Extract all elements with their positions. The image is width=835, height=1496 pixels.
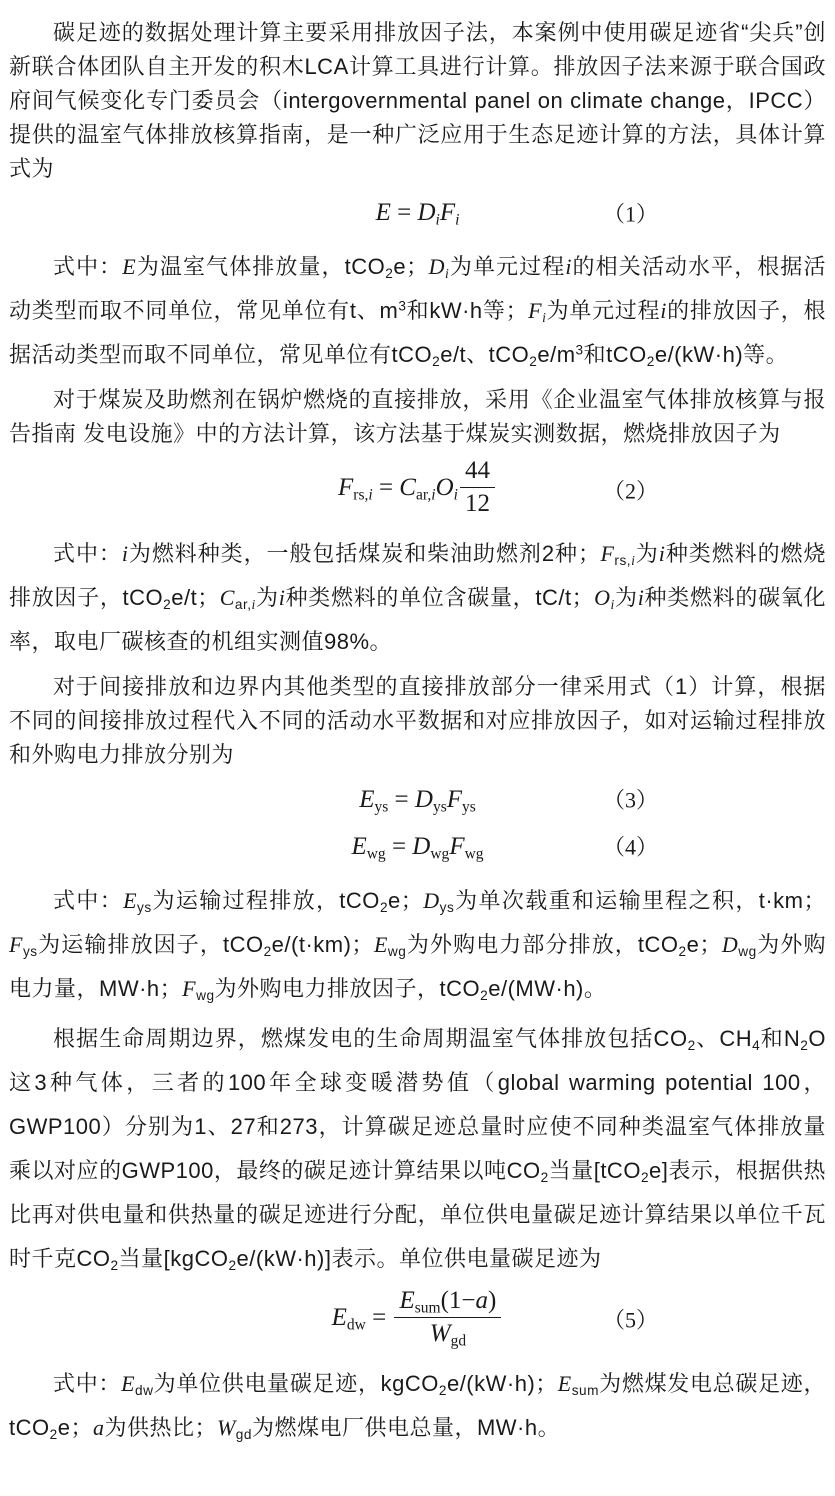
equation-body: E = DiFi <box>376 199 460 227</box>
paragraph-6: 式中：Eys为运输过程排放，tCO2e；Dys为单次载重和运输里程之积，t·km… <box>9 879 826 1011</box>
equation-body: Frs,i = Car,iOi4412 <box>338 459 497 520</box>
document-body: 碳足迹的数据处理计算主要采用排放因子法，本案例中使用碳足迹省“尖兵”创新联合体团… <box>0 0 835 1480</box>
equation-2: Frs,i = Car,iOi4412（2） <box>9 459 826 520</box>
equation-body: Ewg = DwgFwg <box>351 833 483 861</box>
paragraph-7: 根据生命周期边界，燃煤发电的生命周期温室气体排放包括CO2、CH4和N2O这3种… <box>9 1017 826 1281</box>
paragraph-8: 式中：Edw为单位供电量碳足迹，kgCO2e/(kW·h)；Esum为燃煤发电总… <box>9 1362 826 1450</box>
paragraph-3: 对于煤炭及助燃剂在锅炉燃烧的直接排放，采用《企业温室气体排放核算与报告指南 发电… <box>9 383 826 451</box>
equation-number: （4） <box>603 831 658 862</box>
equation-3: Eys = DysFys（3） <box>9 784 826 813</box>
equation-number: （1） <box>603 197 658 228</box>
equation-4: Ewg = DwgFwg（4） <box>9 832 826 861</box>
fraction: Esum(1−a)Wgd <box>394 1287 501 1348</box>
paragraph-2: 式中：E为温室气体排放量，tCO2e；Di为单元过程i的相关活动水平，根据活动类… <box>9 245 826 377</box>
equation-1: E = DiFi（1） <box>9 198 826 227</box>
paragraph-5: 对于间接排放和边界内其他类型的直接排放部分一律采用式（1）计算，根据不同的间接排… <box>9 670 826 772</box>
equation-number: （2） <box>603 474 658 505</box>
equation-body: Eys = DysFys <box>359 786 476 814</box>
equation-body: Edw = Esum(1−a)Wgd <box>332 1289 504 1350</box>
equation-5: Edw = Esum(1−a)Wgd（5） <box>9 1289 826 1350</box>
equation-number: （3） <box>603 783 658 814</box>
equation-number: （5） <box>603 1304 658 1335</box>
fraction: 4412 <box>460 457 495 518</box>
paragraph-1: 碳足迹的数据处理计算主要采用排放因子法，本案例中使用碳足迹省“尖兵”创新联合体团… <box>9 16 826 186</box>
paragraph-4: 式中：i为燃料种类，一般包括煤炭和柴油助燃剂2种；Frs,i为i种类燃料的燃烧排… <box>9 532 826 664</box>
